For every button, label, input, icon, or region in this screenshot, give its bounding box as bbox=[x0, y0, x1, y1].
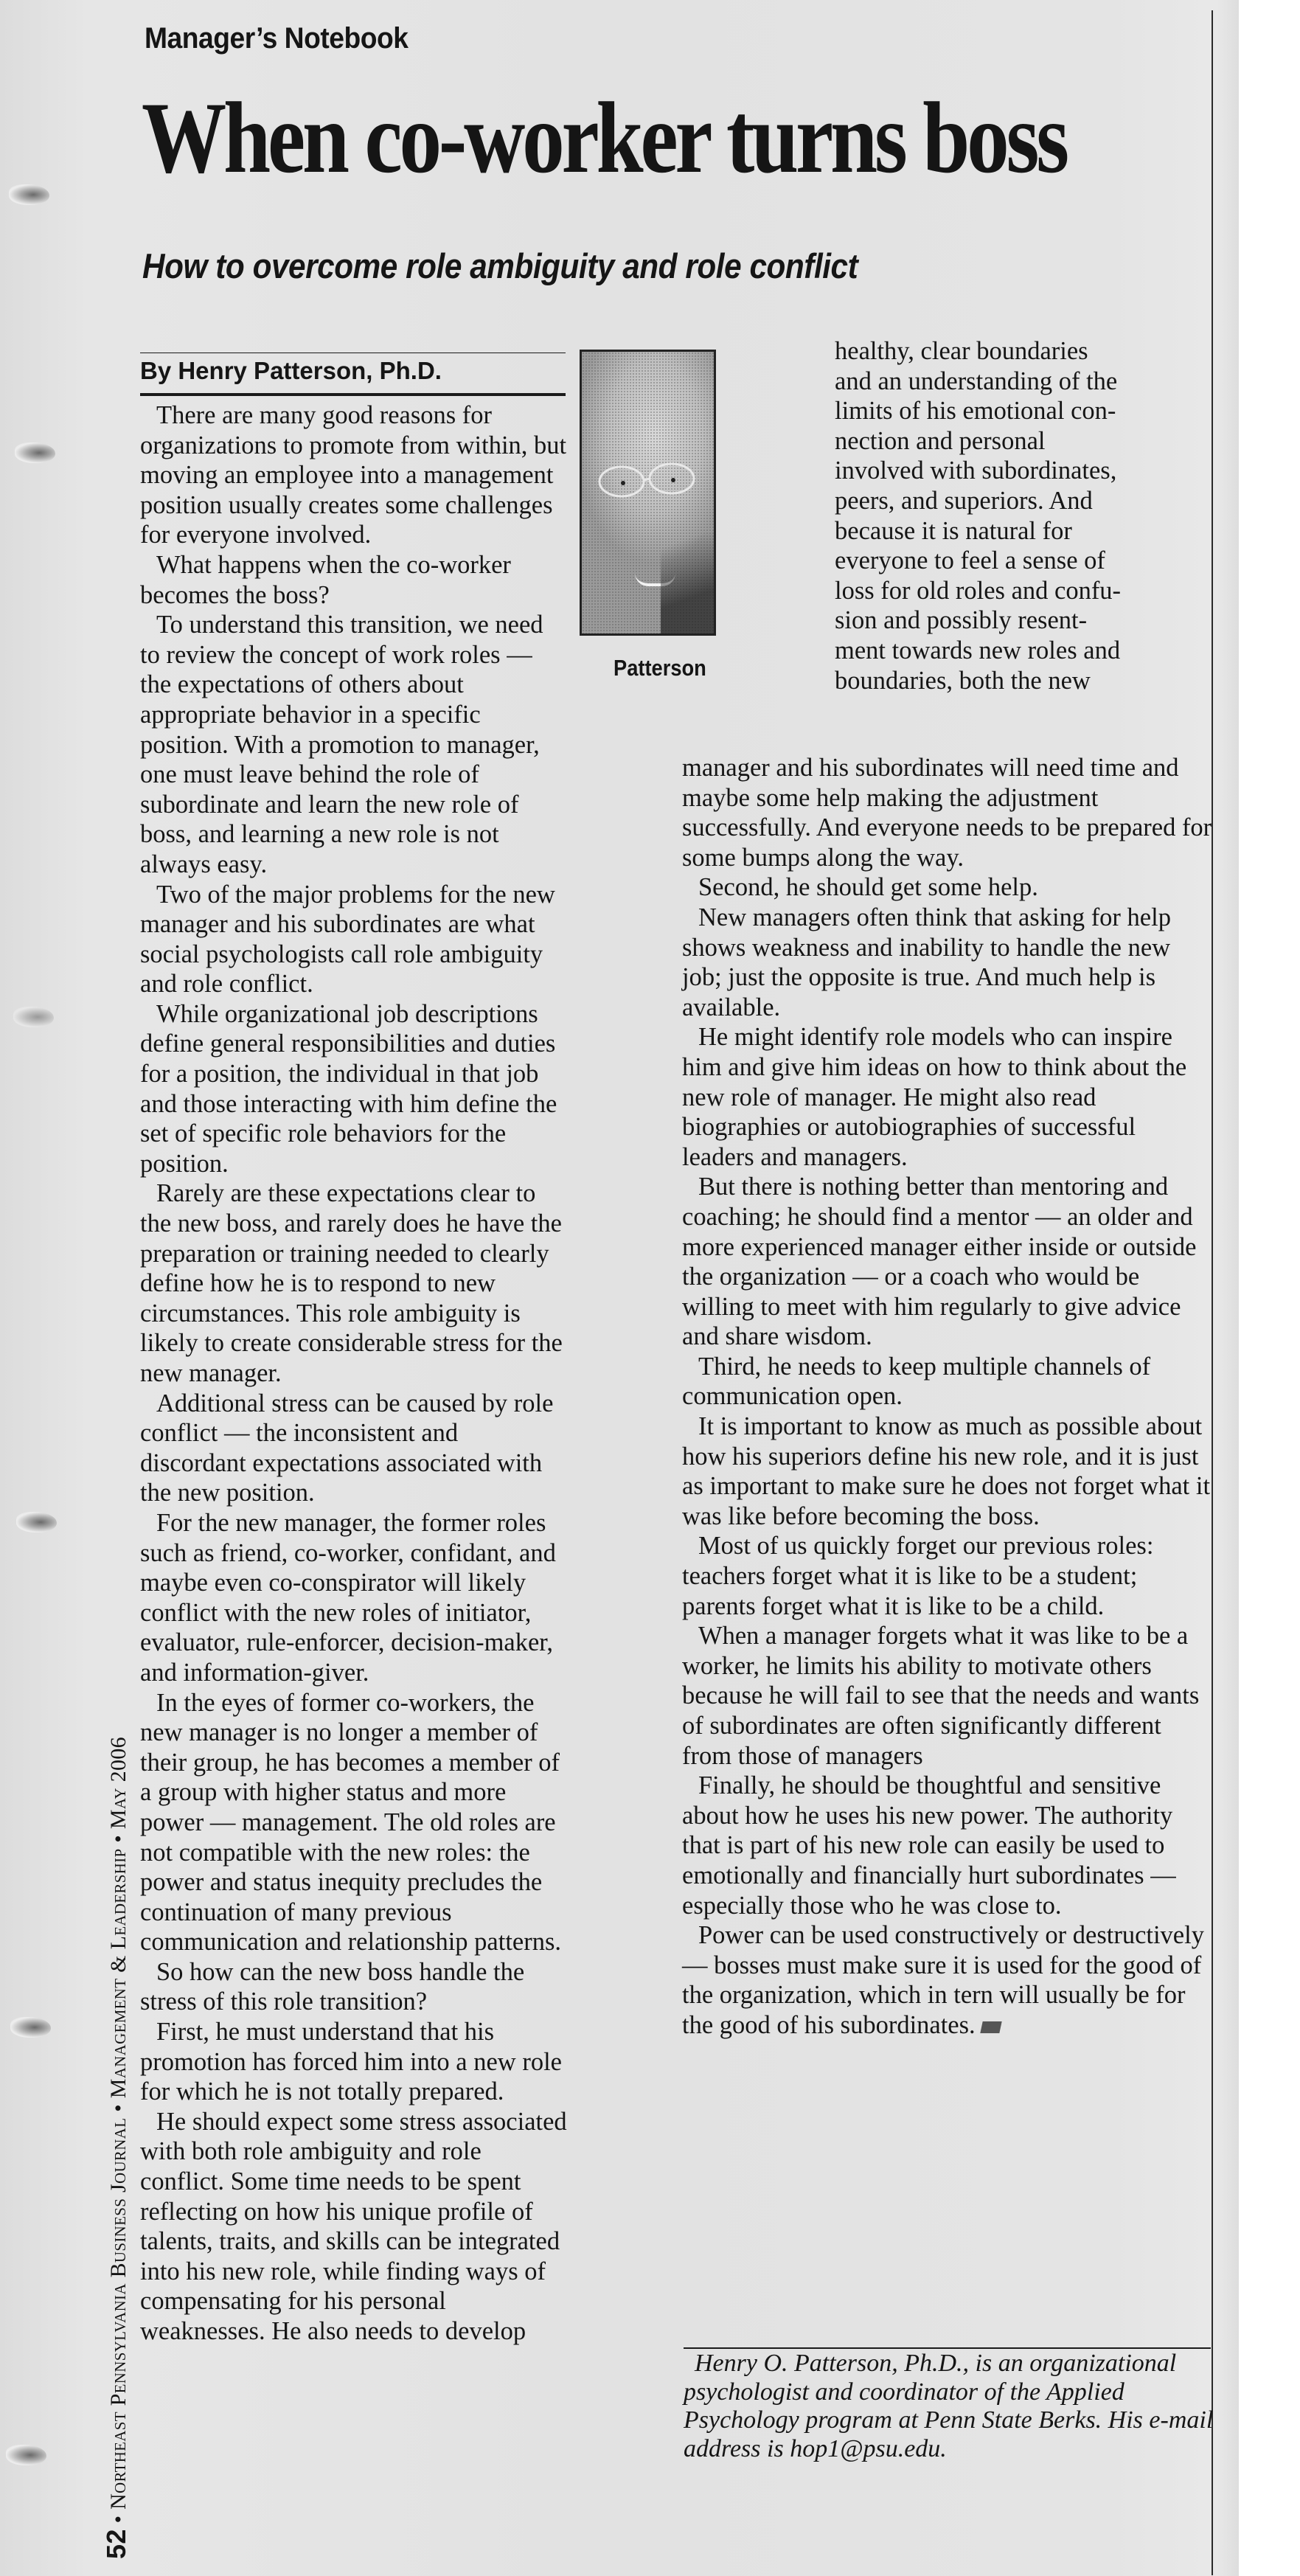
author-photo bbox=[580, 350, 716, 636]
byline-top-rule bbox=[140, 353, 566, 353]
article-paragraph: Two of the major problems for the new ma… bbox=[140, 880, 568, 999]
newspaper-page: Manager’s Notebook When co-worker turns … bbox=[0, 0, 1239, 2576]
staple-hole-mark bbox=[10, 2017, 51, 2038]
article-paragraph: Finally, he should be thoughtful and sen… bbox=[682, 1771, 1213, 1920]
article-line: everyone to feel a sense of bbox=[835, 546, 1214, 576]
article-paragraph: To understand this transition, we need t… bbox=[140, 610, 568, 879]
byline: By Henry Patterson, Ph.D. bbox=[140, 357, 442, 385]
subtitle: How to overcome role ambiguity and role … bbox=[142, 246, 858, 286]
article-paragraph: Rarely are these expectations clear to t… bbox=[140, 1178, 568, 1388]
staple-hole-mark bbox=[16, 1512, 57, 1532]
article-paragraph: Power can be used constructively or dest… bbox=[682, 1920, 1213, 2040]
right-column-top: healthy, clear boundariesand an understa… bbox=[835, 336, 1214, 695]
article-line: healthy, clear boundaries bbox=[835, 336, 1214, 367]
article-paragraph: New managers often think that asking for… bbox=[682, 903, 1213, 1022]
article-line: ment towards new roles and bbox=[835, 636, 1214, 666]
article-paragraph: There are many good reasons for organiza… bbox=[140, 400, 568, 550]
byline-bottom-rule bbox=[140, 393, 566, 396]
staple-hole-mark bbox=[15, 442, 55, 463]
section-label: Manager’s Notebook bbox=[145, 22, 408, 55]
article-paragraph: It is important to know as much as possi… bbox=[682, 1412, 1213, 1531]
article-paragraph: Additional stress can be caused by role … bbox=[140, 1389, 568, 1508]
staple-hole-mark bbox=[6, 2445, 46, 2465]
folio-separator: • bbox=[106, 1835, 131, 1843]
journal-name: Northeast Pennsylvania Business Journal bbox=[106, 2118, 131, 2510]
author-bio-text: Henry O. Patterson, Ph.D., is an organiz… bbox=[684, 2350, 1214, 2463]
article-line: boundaries, both the new bbox=[835, 666, 1214, 696]
bio-top-rule bbox=[684, 2347, 1211, 2349]
article-line: involved with subordinates, bbox=[835, 456, 1214, 486]
article-paragraph: He should expect some stress associated … bbox=[140, 2107, 568, 2347]
article-line: sion and possibly resent- bbox=[835, 605, 1214, 636]
article-paragraph: First, he must understand that his promo… bbox=[140, 2017, 568, 2107]
article-line: because it is natural for bbox=[835, 516, 1214, 546]
article-paragraph: Second, he should get some help. bbox=[682, 872, 1213, 903]
staple-hole-mark bbox=[13, 1007, 54, 1027]
article-line: limits of his emotional con- bbox=[835, 396, 1214, 426]
article-paragraph: Most of us quickly forget our previous r… bbox=[682, 1531, 1213, 1621]
author-bio: Henry O. Patterson, Ph.D., is an organiz… bbox=[684, 2350, 1214, 2463]
article-paragraph: In the eyes of former co-workers, the ne… bbox=[140, 1688, 568, 1957]
end-of-article-icon bbox=[980, 2021, 1001, 2033]
suit-shadow bbox=[661, 479, 714, 633]
article-paragraph: Third, he needs to keep multiple channel… bbox=[682, 1352, 1213, 1412]
article-paragraph: But there is nothing better than mentori… bbox=[682, 1172, 1213, 1352]
article-paragraph: While organizational job descriptions de… bbox=[140, 999, 568, 1179]
article-paragraph: He might identify role models who can in… bbox=[682, 1022, 1213, 1172]
folio-separator: • bbox=[106, 2516, 131, 2524]
staple-hole-mark bbox=[9, 184, 49, 205]
issue-date: May 2006 bbox=[106, 1737, 131, 1829]
photo-caption: Patterson bbox=[613, 655, 706, 681]
article-paragraph: When a manager forgets what it was like … bbox=[682, 1621, 1213, 1771]
publication-folio: 52 • Northeast Pennsylvania Business Jou… bbox=[101, 1737, 132, 2559]
right-column: manager and his subordinates will need t… bbox=[682, 753, 1213, 2041]
section-name: Management & Leadership bbox=[106, 1849, 131, 2099]
article-paragraph: So how can the new boss handle the stres… bbox=[140, 1957, 568, 2017]
folio-separator: • bbox=[106, 2104, 131, 2112]
article-paragraph: For the new manager, the former roles su… bbox=[140, 1508, 568, 1688]
article-line: and an understanding of the bbox=[835, 367, 1214, 397]
left-column: There are many good reasons for organiza… bbox=[140, 400, 568, 2347]
article-line: loss for old roles and confu- bbox=[835, 576, 1214, 606]
article-line: nection and personal bbox=[835, 426, 1214, 456]
page-number: 52 bbox=[101, 2529, 131, 2559]
article-line: peers, and superiors. And bbox=[835, 486, 1214, 516]
headline: When co-worker turns boss bbox=[142, 87, 1040, 189]
article-paragraph: What happens when the co-worker becomes … bbox=[140, 550, 568, 610]
article-paragraph: manager and his subordinates will need t… bbox=[682, 753, 1213, 872]
